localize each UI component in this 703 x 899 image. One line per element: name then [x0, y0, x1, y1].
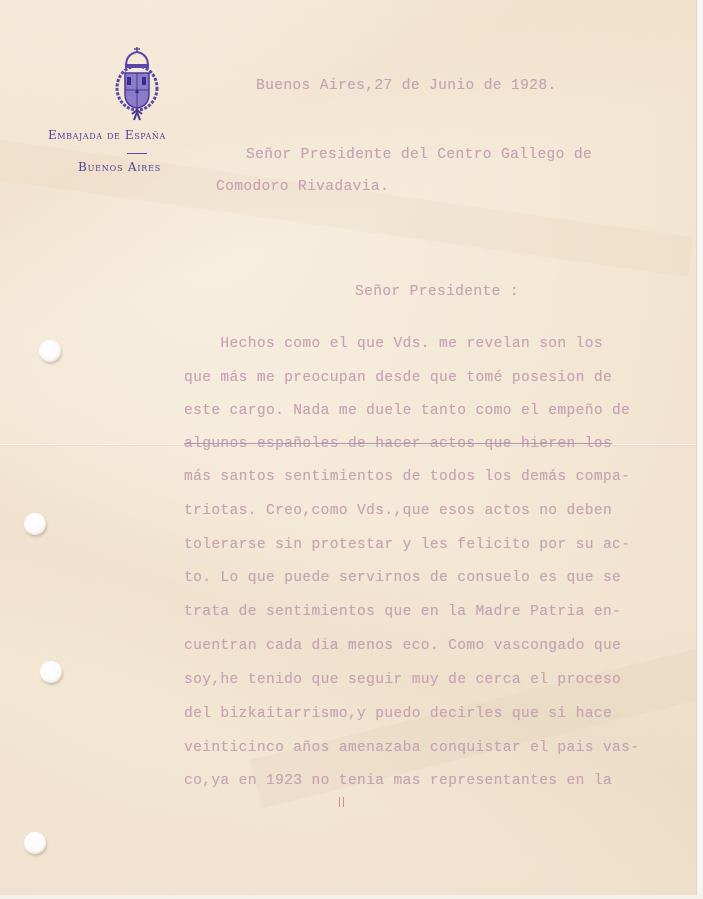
ink-mark: [339, 797, 344, 807]
body-line: to. Lo que puede servirnos de consuelo e…: [184, 570, 621, 586]
letter-page: Embajada de España Buenos Aires Buenos A…: [0, 0, 703, 899]
page-edge: [696, 0, 703, 899]
body-line: veinticinco años amenazaba conquistar el…: [184, 740, 639, 756]
addressee-line: Señor Presidente del Centro Gallego de: [246, 147, 592, 163]
body-line: más santos sentimientos de todos los dem…: [184, 469, 630, 485]
body-line: del bizkaitarrismo,y puedo decirles que …: [184, 706, 612, 722]
letterhead-divider: [127, 153, 147, 154]
coat-of-arms-icon: [112, 46, 162, 122]
body-line: Hechos como el que Vds. me revelan son l…: [184, 336, 603, 352]
punch-hole: [39, 340, 61, 362]
body-line: algunos españoles de hacer actos que hie…: [184, 436, 612, 452]
punch-hole: [40, 661, 62, 683]
letterhead-title: Embajada de España: [48, 128, 228, 142]
date-line: Buenos Aires,27 de Junio de 1928.: [256, 78, 557, 94]
body-line: trata de sentimientos que en la Madre Pa…: [184, 604, 621, 620]
body-line: cuentran cada dia menos eco. Como vascon…: [184, 638, 621, 654]
addressee-line: Comodoro Rivadavia.: [216, 179, 389, 195]
body-line: soy,he tenido que seguir muy de cerca el…: [184, 672, 621, 688]
body-line: triotas. Creo,como Vds.,que esos actos n…: [184, 503, 612, 519]
body-line: co,ya en 1923 no tenia mas representante…: [184, 773, 612, 789]
punch-hole: [24, 832, 46, 854]
punch-hole: [24, 513, 46, 535]
salutation: Señor Presidente :: [355, 284, 519, 300]
body-line: que más me preocupan desde que tomé pose…: [184, 370, 612, 386]
body-line: tolerarse sin protestar y les felicito p…: [184, 537, 630, 553]
body-line: este cargo. Nada me duele tanto como el …: [184, 403, 630, 419]
letterhead-city: Buenos Aires: [78, 160, 198, 174]
page-edge: [0, 895, 703, 899]
